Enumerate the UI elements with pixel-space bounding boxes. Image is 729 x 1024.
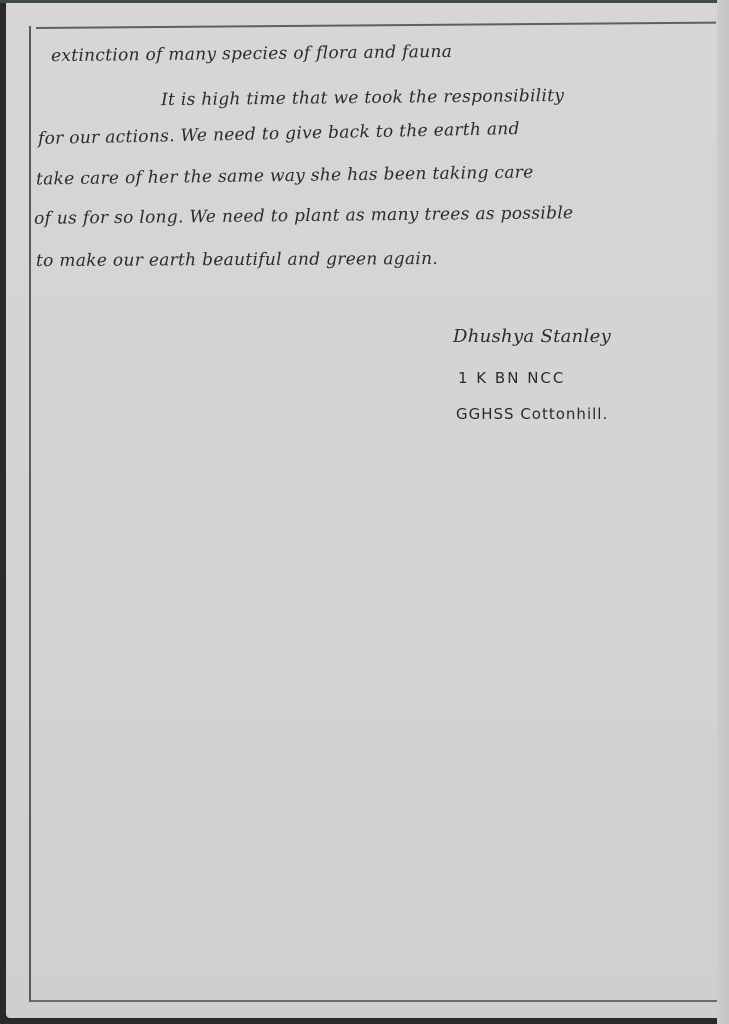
signature-unit: 1 K BN NCC xyxy=(458,369,565,387)
signature-school: GGHSS Cottonhill. xyxy=(456,405,608,423)
paper-sheet: extinction of many species of flora and … xyxy=(6,0,729,1018)
body-line-1: extinction of many species of flora and … xyxy=(51,42,452,66)
body-line-2: It is high time that we took the respons… xyxy=(161,86,564,110)
paper-right-edge xyxy=(717,0,729,1024)
paper-top-edge xyxy=(0,0,729,3)
body-line-6: to make our earth beautiful and green ag… xyxy=(36,249,438,271)
signature-name: Dhushya Stanley xyxy=(453,326,611,347)
